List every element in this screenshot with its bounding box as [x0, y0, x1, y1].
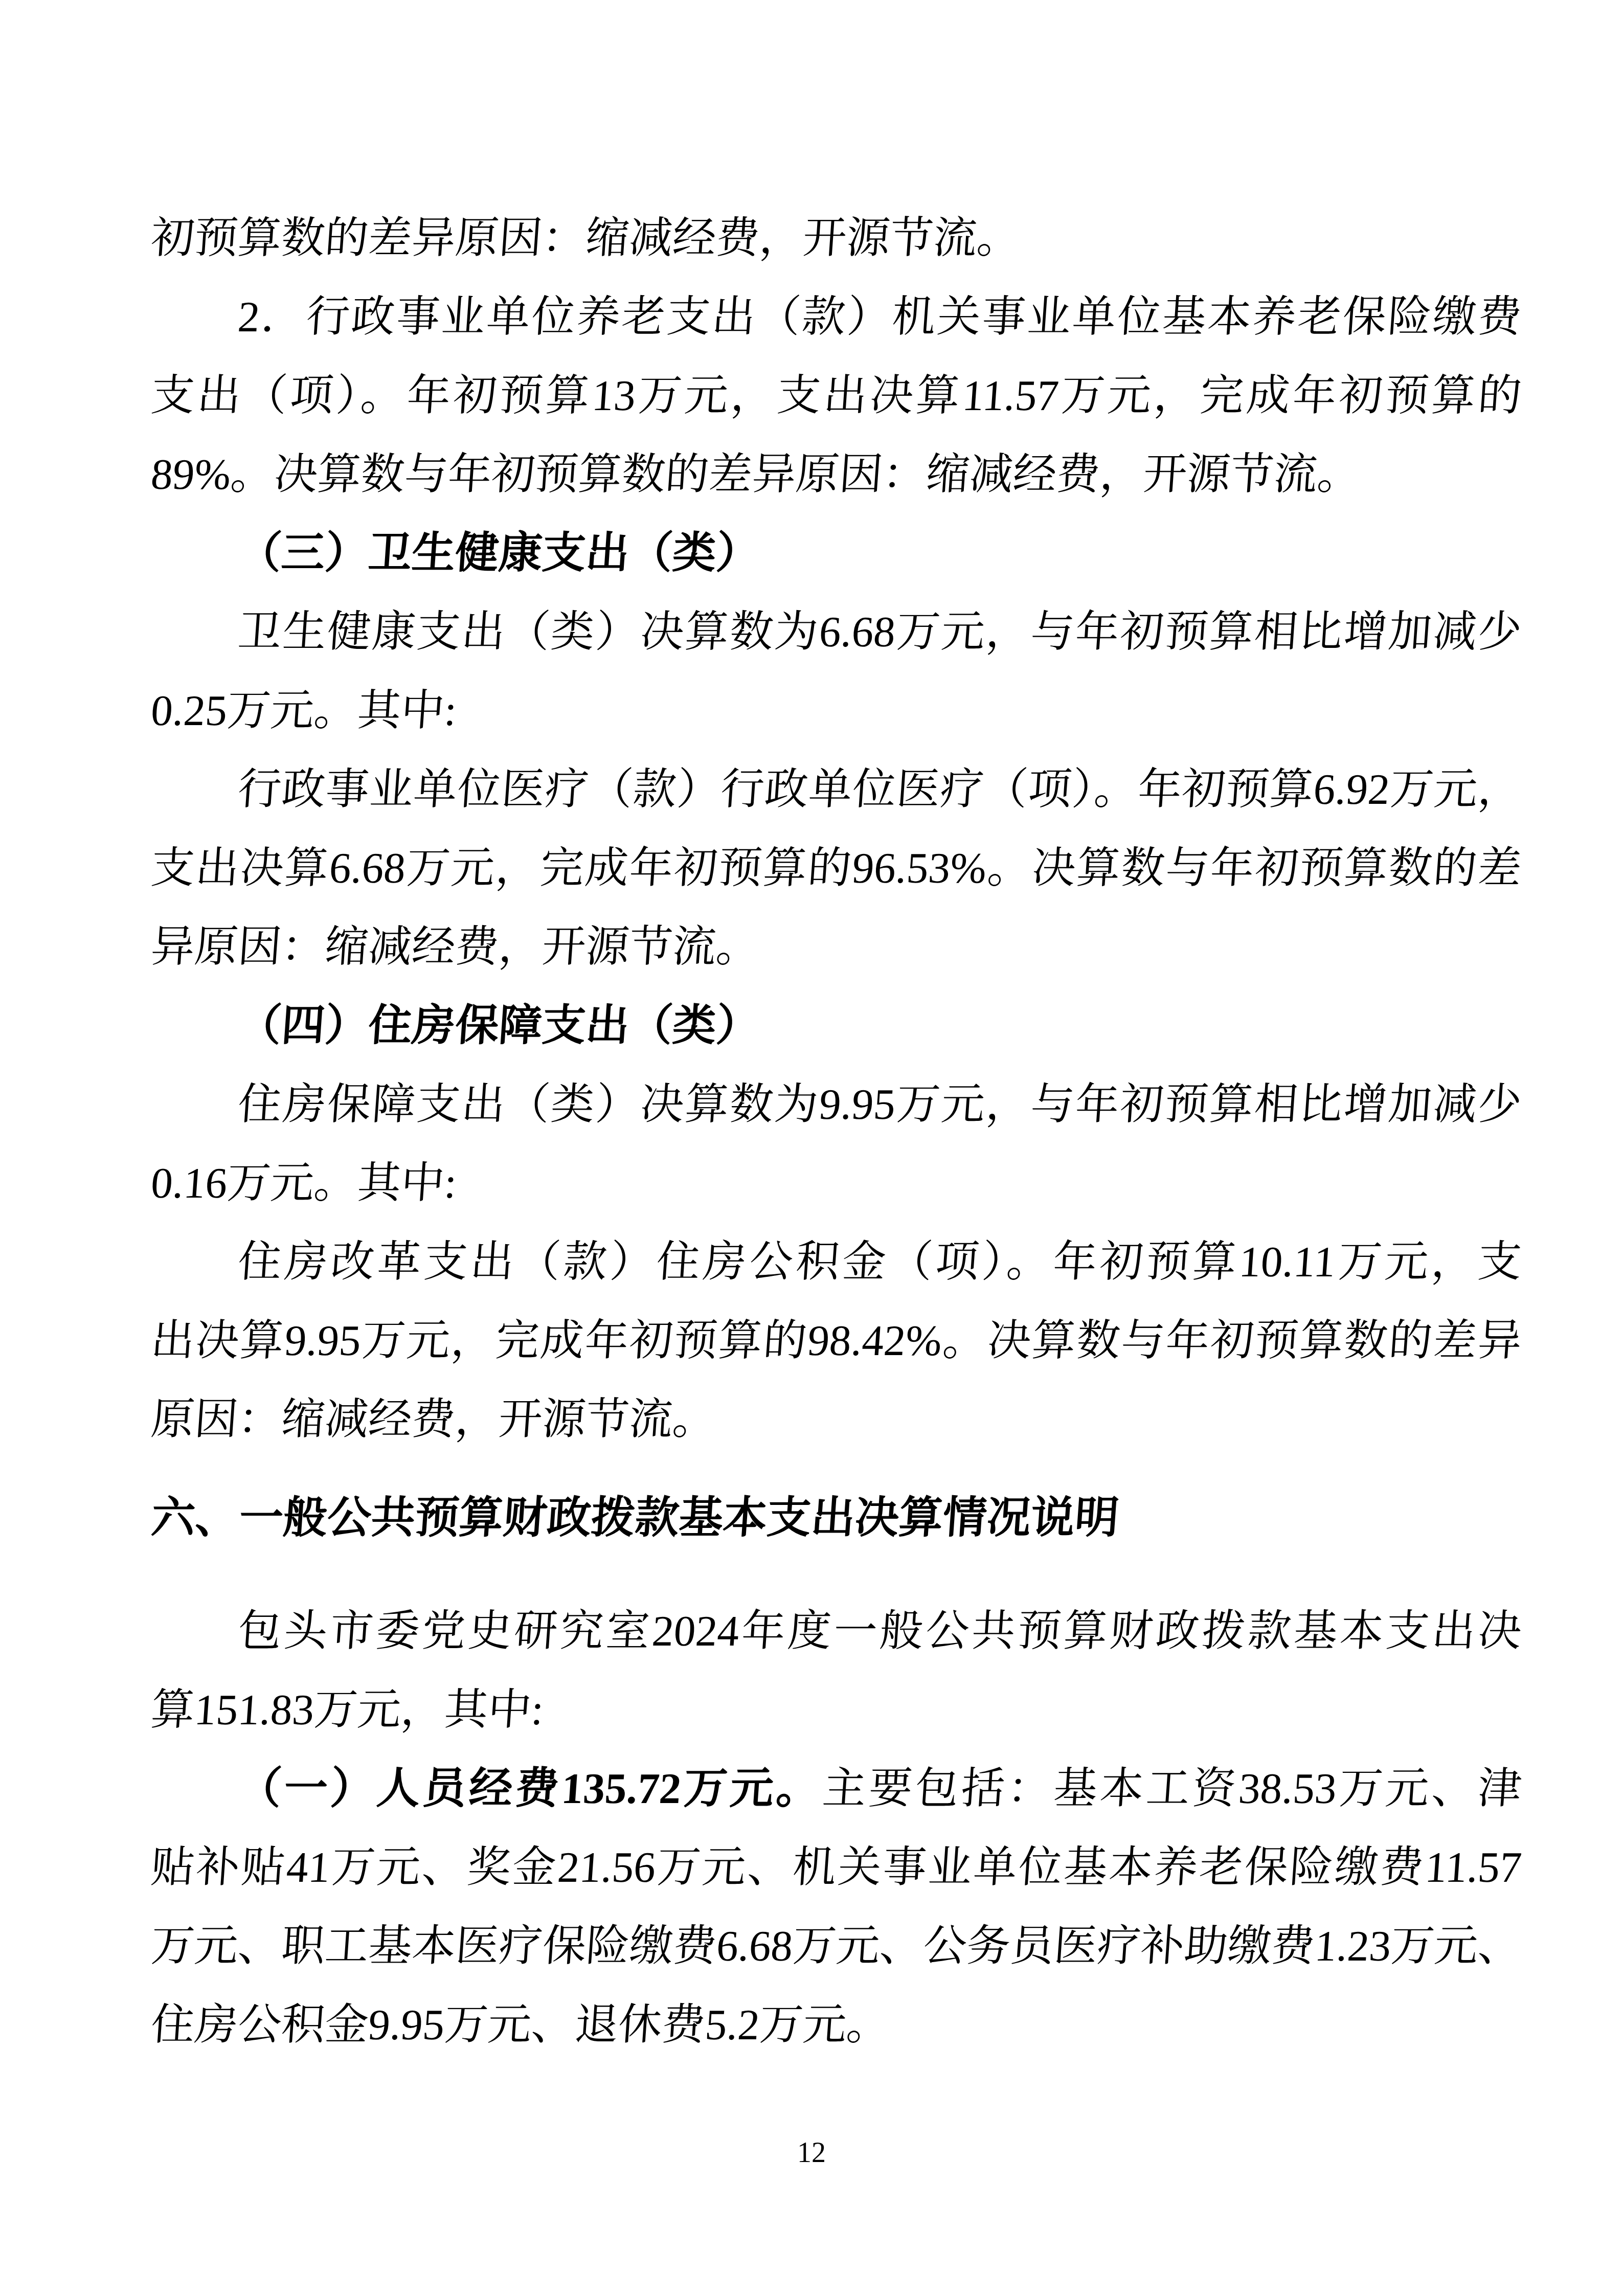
- text-line: 异原因：缩减经费，开源节流。: [148, 908, 1524, 986]
- text-line: （一）人员经费135.72万元。主要包括：基本工资38.53万元、津: [148, 1749, 1524, 1828]
- text-line: 初预算数的差异原因：缩减经费，开源节流。: [148, 199, 1524, 278]
- page-number: 12: [0, 2137, 1623, 2168]
- text-line: 0.16万元。其中:: [148, 1144, 1524, 1223]
- text-line: 贴补贴41万元、奖金21.56万元、机关事业单位基本养老保险缴费11.57: [148, 1828, 1524, 1907]
- text-line: 万元、职工基本医疗保险缴费6.68万元、公务员医疗补助缴费1.23万元、: [148, 1907, 1524, 1986]
- section-heading-health: （三）卫生健康支出（类）: [148, 514, 1524, 593]
- text-line: 行政事业单位医疗（款）行政单位医疗（项）。年初预算6.92万元，: [148, 750, 1524, 829]
- text-line: 住房公积金9.95万元、退休费5.2万元。: [148, 1986, 1524, 2064]
- text-line: 住房保障支出（类）决算数为9.95万元，与年初预算相比增加减少: [148, 1065, 1524, 1144]
- text-line: 出决算9.95万元，完成年初预算的98.42%。决算数与年初预算数的差异: [148, 1301, 1524, 1380]
- personnel-funds-detail: 主要包括：基本工资38.53万元、津: [821, 1765, 1523, 1813]
- text-line: 2．行政事业单位养老支出（款）机关事业单位基本养老保险缴费: [148, 278, 1524, 356]
- personnel-funds-bold: （一）人员经费135.72万元。: [236, 1765, 824, 1813]
- text-line: 包头市委党史研究室2024年度一般公共预算财政拨款基本支出决: [148, 1592, 1524, 1671]
- document-page: 初预算数的差异原因：缩减经费，开源节流。 2．行政事业单位养老支出（款）机关事业…: [0, 0, 1623, 2296]
- text-line: 支出（项）。年初预算13万元，支出决算11.57万元，完成年初预算的: [148, 356, 1524, 435]
- text-line: 89%。决算数与年初预算数的差异原因：缩减经费，开源节流。: [148, 435, 1524, 514]
- text-line: 住房改革支出（款）住房公积金（项）。年初预算10.11万元，支: [148, 1223, 1524, 1301]
- text-line: 支出决算6.68万元，完成年初预算的96.53%。决算数与年初预算数的差: [148, 829, 1524, 908]
- document-body: 初预算数的差异原因：缩减经费，开源节流。 2．行政事业单位养老支出（款）机关事业…: [148, 199, 1519, 2064]
- text-line: 0.25万元。其中:: [148, 671, 1524, 750]
- text-line: 算151.83万元，其中:: [148, 1671, 1524, 1749]
- text-line: 卫生健康支出（类）决算数为6.68万元，与年初预算相比增加减少: [148, 593, 1524, 671]
- chapter-heading-basic-expenditure: 六、一般公共预算财政拨款基本支出决算情况说明: [148, 1474, 1525, 1561]
- text-line: 原因：缩减经费，开源节流。: [148, 1380, 1524, 1459]
- section-heading-housing: （四）住房保障支出（类）: [148, 986, 1524, 1065]
